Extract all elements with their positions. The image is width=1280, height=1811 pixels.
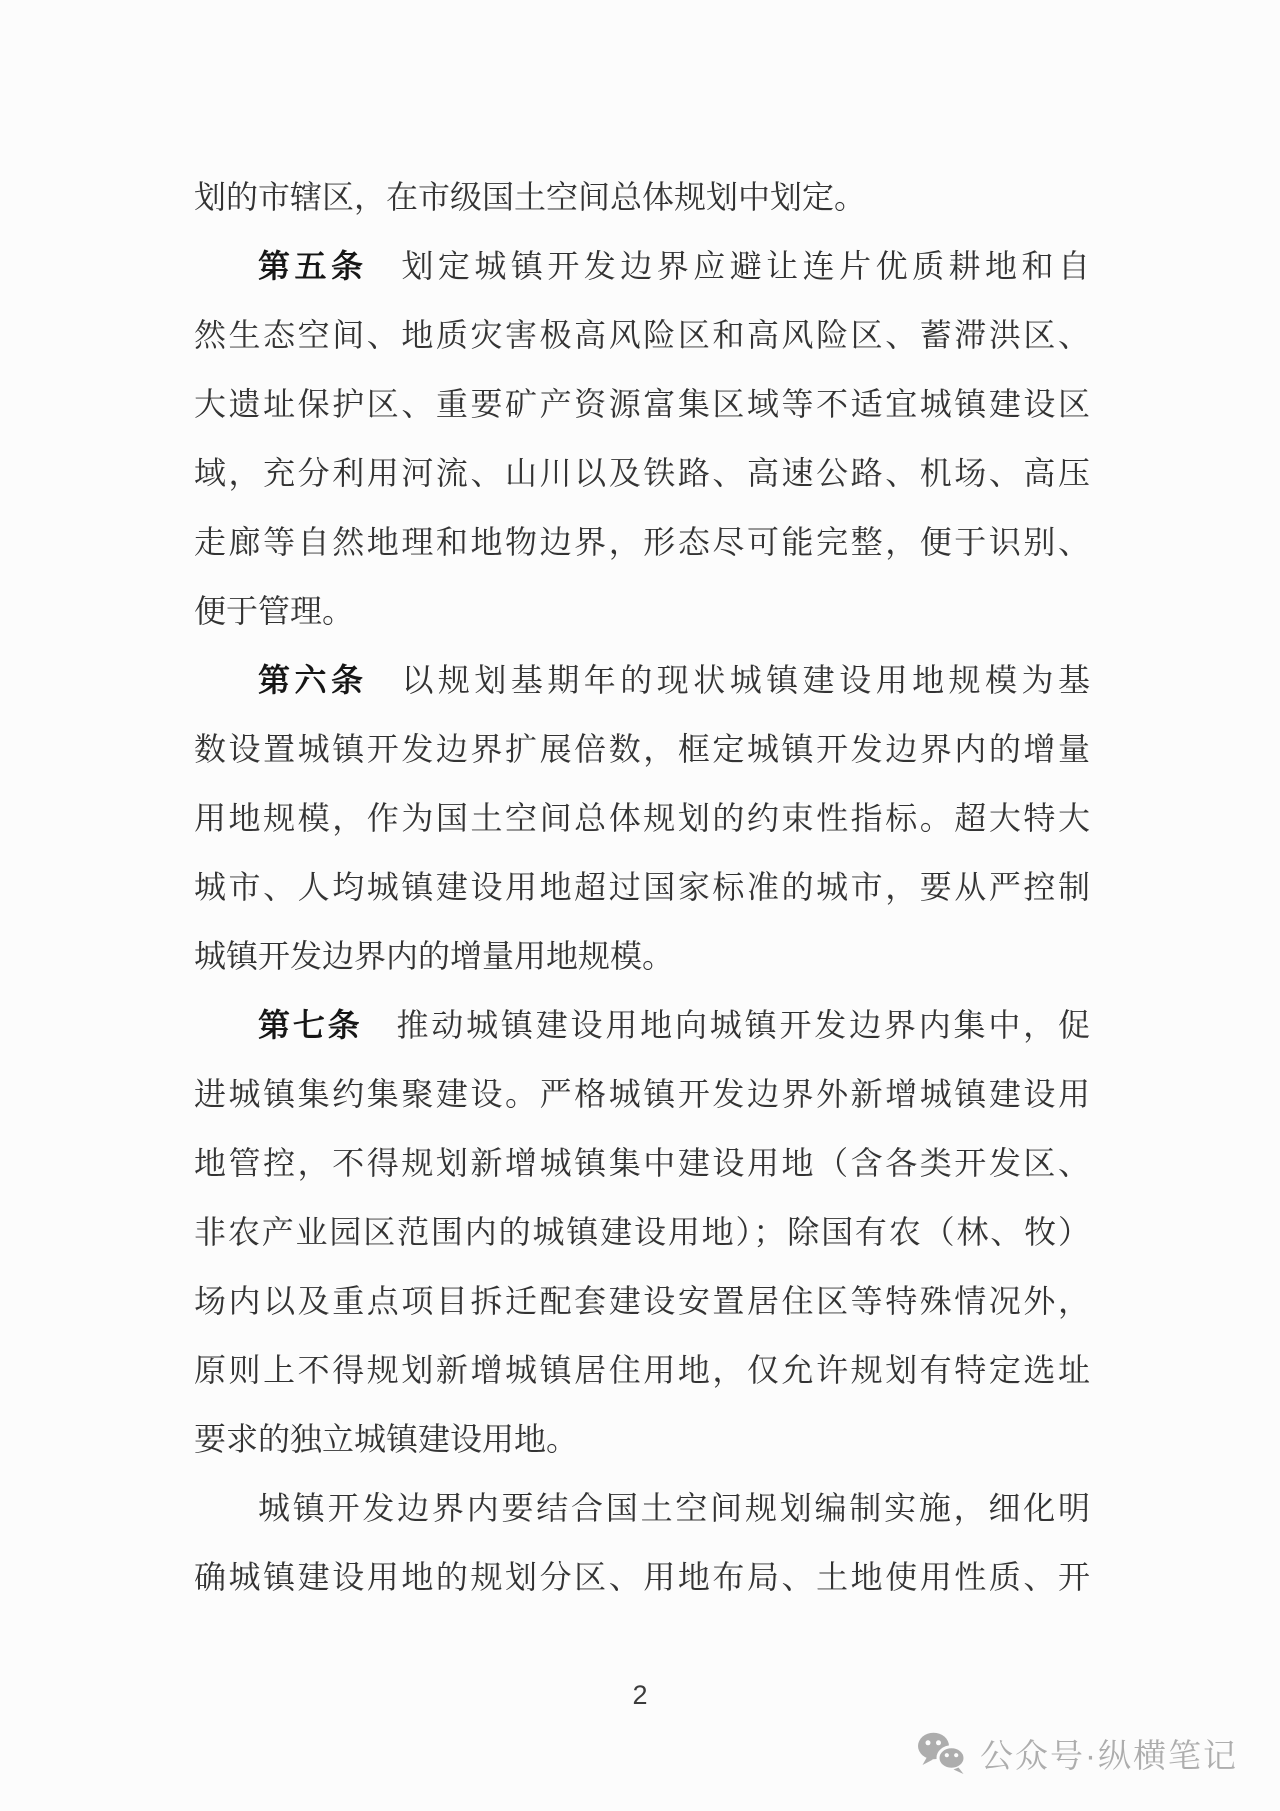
text-line: 走廊等自然地理和地物边界，形态尽可能完整，便于识别、 (194, 508, 1090, 577)
text-line: 进城镇集约集聚建设。严格城镇开发边界外新增城镇建设用 (194, 1060, 1090, 1129)
text-segment: 地管控，不得规划新增城镇集中建设用地（含各类开发区、 (194, 1145, 1090, 1181)
text-line: 数设置城镇开发边界扩展倍数，框定城镇开发边界内的增量 (194, 715, 1090, 784)
text-segment: 推动城镇建设用地向城镇开发边界内集中，促 (396, 1007, 1090, 1043)
text-line: 第六条以规划基期年的现状城镇建设用地规模为基 (194, 646, 1090, 715)
text-line: 第七条推动城镇建设用地向城镇开发边界内集中，促 (194, 991, 1090, 1060)
article-number: 第五条 (258, 248, 367, 284)
text-segment: 便于管理。 (194, 593, 354, 629)
text-segment: 划的市辖区，在市级国土空间总体规划中划定。 (194, 179, 866, 215)
watermark: 公众号·纵横笔记 (916, 1731, 1238, 1775)
text-line: 城市、人均城镇建设用地超过国家标准的城市，要从严控制 (194, 853, 1090, 922)
text-line: 大遗址保护区、重要矿产资源富集区域等不适宜城镇建设区 (194, 370, 1090, 439)
text-segment: 划定城镇开发边界应避让连片优质耕地和自 (401, 248, 1090, 284)
text-segment: 城镇开发边界内要结合国土空间规划编制实施，细化明 (258, 1490, 1090, 1526)
text-segment: 非农产业园区范围内的城镇建设用地）；除国有农（林、牧） (194, 1214, 1090, 1250)
article-number: 第七条 (258, 1007, 362, 1043)
wechat-icon (916, 1731, 970, 1775)
text-line: 便于管理。 (194, 577, 1090, 646)
watermark-text: 公众号·纵横笔记 (980, 1730, 1238, 1777)
text-line: 用地规模，作为国土空间总体规划的约束性指标。超大特大 (194, 784, 1090, 853)
text-segment: 场内以及重点项目拆迁配套建设安置居住区等特殊情况外， (194, 1283, 1090, 1319)
text-segment: 以规划基期年的现状城镇建设用地规模为基 (401, 662, 1090, 698)
document-text: 划的市辖区，在市级国土空间总体规划中划定。第五条划定城镇开发边界应避让连片优质耕… (194, 163, 1090, 1612)
text-segment: 进城镇集约集聚建设。严格城镇开发边界外新增城镇建设用 (194, 1076, 1090, 1112)
text-segment: 然生态空间、地质灾害极高风险区和高风险区、蓄滞洪区、 (194, 317, 1090, 353)
article-number: 第六条 (258, 662, 367, 698)
text-segment: 要求的独立城镇建设用地。 (194, 1421, 578, 1457)
text-segment: 原则上不得规划新增城镇居住用地，仅允许规划有特定选址 (194, 1352, 1090, 1388)
text-segment: 确城镇建设用地的规划分区、用地布局、土地使用性质、开 (194, 1559, 1090, 1595)
page-number: 2 (0, 1680, 1280, 1711)
text-line: 地管控，不得规划新增城镇集中建设用地（含各类开发区、 (194, 1129, 1090, 1198)
text-segment: 走廊等自然地理和地物边界，形态尽可能完整，便于识别、 (194, 524, 1090, 560)
text-segment: 用地规模，作为国土空间总体规划的约束性指标。超大特大 (194, 800, 1090, 836)
text-line: 非农产业园区范围内的城镇建设用地）；除国有农（林、牧） (194, 1198, 1090, 1267)
text-line: 原则上不得规划新增城镇居住用地，仅允许规划有特定选址 (194, 1336, 1090, 1405)
text-line: 场内以及重点项目拆迁配套建设安置居住区等特殊情况外， (194, 1267, 1090, 1336)
text-line: 第五条划定城镇开发边界应避让连片优质耕地和自 (194, 232, 1090, 301)
text-line: 域，充分利用河流、山川以及铁路、高速公路、机场、高压 (194, 439, 1090, 508)
text-segment: 城市、人均城镇建设用地超过国家标准的城市，要从严控制 (194, 869, 1090, 905)
text-line: 划的市辖区，在市级国土空间总体规划中划定。 (194, 163, 1090, 232)
text-line: 确城镇建设用地的规划分区、用地布局、土地使用性质、开 (194, 1543, 1090, 1612)
text-segment: 数设置城镇开发边界扩展倍数，框定城镇开发边界内的增量 (194, 731, 1090, 767)
document-page: 划的市辖区，在市级国土空间总体规划中划定。第五条划定城镇开发边界应避让连片优质耕… (0, 0, 1280, 1811)
text-segment: 域，充分利用河流、山川以及铁路、高速公路、机场、高压 (194, 455, 1090, 491)
text-line: 要求的独立城镇建设用地。 (194, 1405, 1090, 1474)
text-segment: 城镇开发边界内的增量用地规模。 (194, 938, 674, 974)
text-line: 然生态空间、地质灾害极高风险区和高风险区、蓄滞洪区、 (194, 301, 1090, 370)
text-segment: 大遗址保护区、重要矿产资源富集区域等不适宜城镇建设区 (194, 386, 1090, 422)
text-line: 城镇开发边界内的增量用地规模。 (194, 922, 1090, 991)
text-line: 城镇开发边界内要结合国土空间规划编制实施，细化明 (194, 1474, 1090, 1543)
